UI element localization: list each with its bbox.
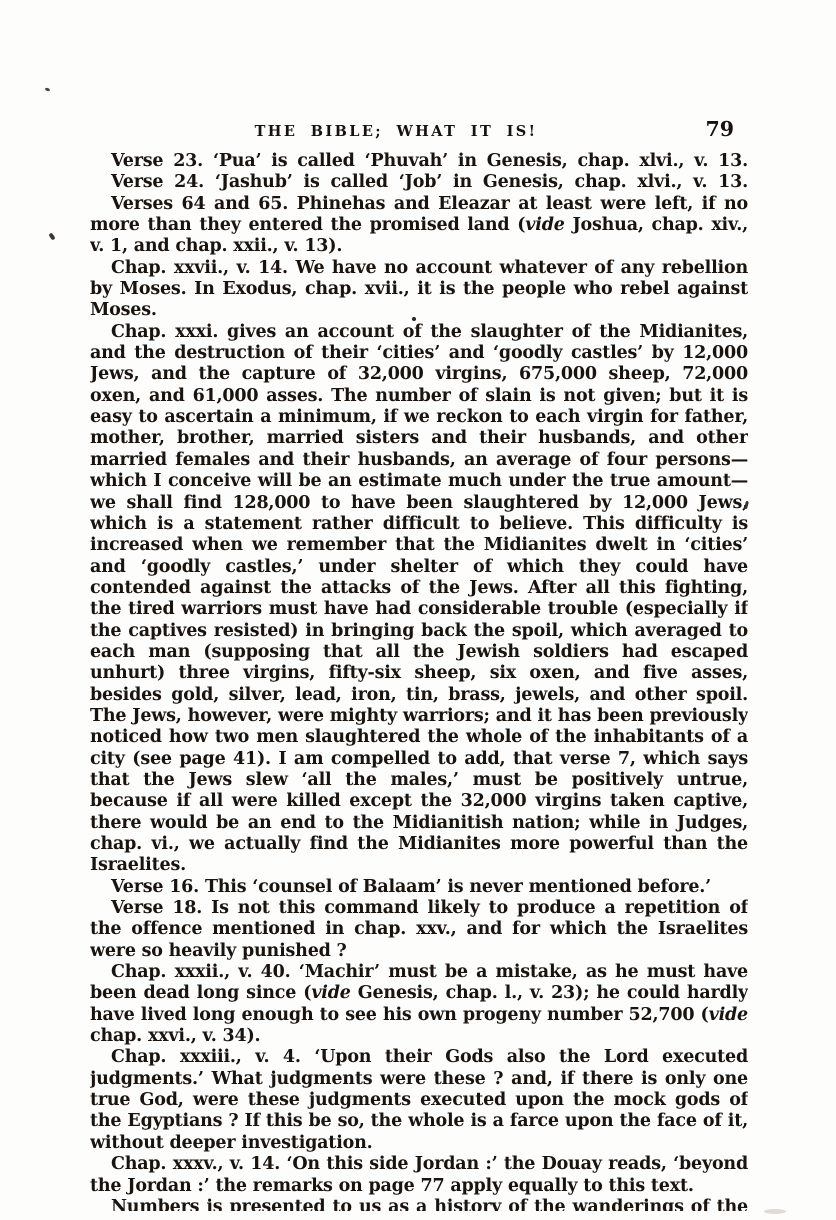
scan-smudge <box>764 1209 786 1214</box>
paragraph: Verse 16. This ‘counsel of Balaam’ is ne… <box>90 877 748 898</box>
paragraph: Chap. xxxi. gives an account of the slau… <box>90 322 748 877</box>
paragraph: Chap. xxxv., v. 14. ‘On this side Jordan… <box>90 1154 748 1197</box>
paragraph: Verse 24. ‘Jashub’ is called ‘Job’ in Ge… <box>90 172 748 193</box>
paragraph: Chap. xxxii., v. 40. ‘Machir’ must be a … <box>90 962 748 1047</box>
scanned-book-page: THE BIBLE; WHAT IT IS! 79 Verse 23. ‘Pua… <box>0 0 836 1220</box>
ink-speck <box>45 87 51 92</box>
paragraph: Numbers is presented to us as a history … <box>90 1197 748 1211</box>
page-title: THE BIBLE; WHAT IT IS! <box>90 123 702 140</box>
text-block: Verse 23. ‘Pua’ is called ‘Phuvah’ in Ge… <box>90 151 748 1211</box>
paragraph: Chap. xxvii., v. 14. We have no account … <box>90 258 748 322</box>
page-number: 79 <box>705 117 734 141</box>
paragraph: Verse 18. Is not this command likely to … <box>90 898 748 962</box>
paragraph: Verse 23. ‘Pua’ is called ‘Phuvah’ in Ge… <box>90 151 748 172</box>
paragraph: Verses 64 and 65. Phinehas and Eleazar a… <box>90 194 748 258</box>
ink-speck <box>48 232 55 240</box>
running-head: THE BIBLE; WHAT IT IS! 79 <box>90 119 748 147</box>
paragraph: Chap. xxxiii., v. 4. ‘Upon their Gods al… <box>90 1047 748 1154</box>
